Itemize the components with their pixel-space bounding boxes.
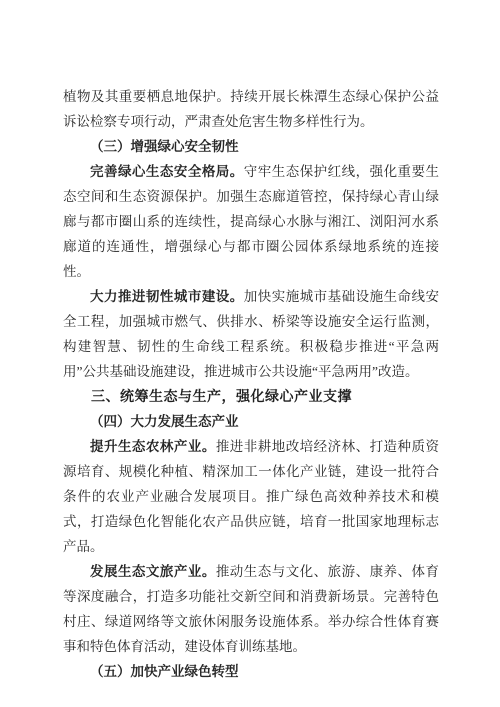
- paragraph-text: 推进非耕地改培经济林、打造种质资源培育、规模化种植、精深加工一体化产业链，建设一…: [63, 439, 439, 554]
- paragraph-ecological-security: 完善绿心生态安全格局。守牢生态保护红线，强化重要生态空间和生态资源保护。加强生态…: [63, 159, 439, 284]
- paragraph-text: 植物及其重要栖息地保护。持续开展长株潭生态绿心保护公益诉讼检察专项行动，严肃查处…: [63, 89, 439, 129]
- subsection-heading-five: （五）加快产业绿色转型: [63, 659, 439, 684]
- section-heading-three: 三、统筹生态与生产，强化绿心产业支撑: [63, 384, 439, 409]
- paragraph-continued: 植物及其重要栖息地保护。持续开展长株潭生态绿心保护公益诉讼检察专项行动，严肃查处…: [63, 84, 439, 134]
- paragraph-lead: 发展生态文旅产业。: [90, 564, 216, 579]
- section-heading-text: 三、统筹生态与生产，强化绿心产业支撑: [91, 388, 352, 404]
- subsection-heading-text: （五）加快产业绿色转型: [90, 664, 239, 679]
- subsection-heading-three: （三）增强绿心安全韧性: [63, 134, 439, 159]
- paragraph-text: 守牢生态保护红线，强化重要生态空间和生态资源保护。加强生态廊道管控，保持绿心青山…: [63, 164, 439, 279]
- paragraph-lead: 完善绿心生态安全格局。: [90, 164, 244, 179]
- document-page: 植物及其重要栖息地保护。持续开展长株潭生态绿心保护公益诉讼检察专项行动，严肃查处…: [0, 0, 500, 707]
- paragraph-agro-forestry: 提升生态农林产业。推进非耕地改培经济林、打造种质资源培育、规模化种植、精深加工一…: [63, 434, 439, 559]
- subsection-heading-four: （四）大力发展生态产业: [63, 409, 439, 434]
- document-content: 植物及其重要栖息地保护。持续开展长株潭生态绿心保护公益诉讼检察专项行动，严肃查处…: [63, 84, 439, 684]
- subsection-heading-text: （三）增强绿心安全韧性: [90, 139, 239, 154]
- paragraph-lead: 提升生态农林产业。: [90, 439, 216, 454]
- subsection-heading-text: （四）大力发展生态产业: [90, 414, 239, 429]
- paragraph-culture-tourism: 发展生态文旅产业。推动生态与文化、旅游、康养、体育等深度融合，打造多功能社交新空…: [63, 559, 439, 659]
- paragraph-resilient-city: 大力推进韧性城市建设。加快实施城市基础设施生命线安全工程，加强城市燃气、供排水、…: [63, 284, 439, 384]
- paragraph-lead: 大力推进韧性城市建设。: [90, 289, 244, 304]
